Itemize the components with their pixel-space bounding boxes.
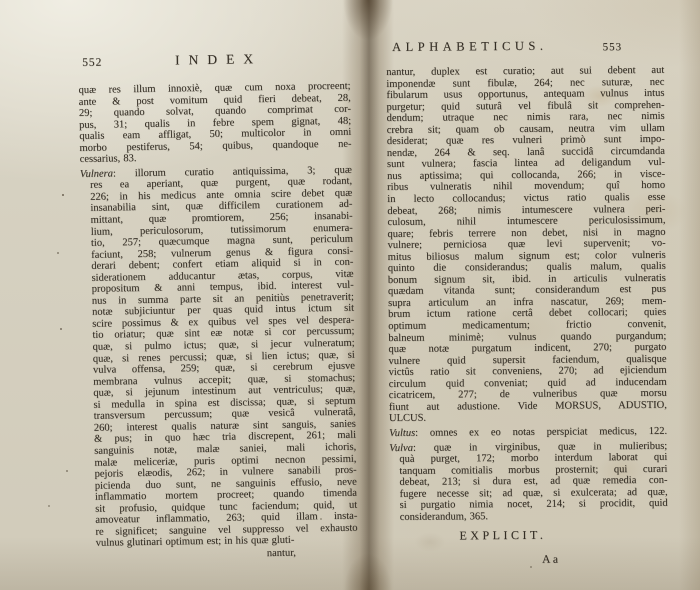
- entry-first-line: Vultus: omnes ex eo notas perspiciat med…: [389, 426, 667, 440]
- entry-first-line-text: : omnes ex eo notas perspiciat medicus, …: [415, 426, 667, 439]
- signature-mark: Aa: [390, 554, 668, 568]
- index-entry-vultus: Vultus: omnes ex eo notas perspiciat med…: [389, 426, 667, 440]
- text-line: ULCUS.: [389, 411, 667, 425]
- entry-headword: Vulva: [389, 442, 413, 453]
- entry-lines: res ea aperiant, quæ purgent, quæ rodant…: [80, 176, 358, 550]
- explicit-text: EXPLICIT.: [364, 529, 642, 543]
- entry-headword: Vultus: [389, 428, 415, 439]
- entry-lines: quà purget, 172; morbo interdum laborat …: [389, 452, 668, 523]
- left-running-title: INDEX: [78, 52, 350, 68]
- right-page-number: 553: [603, 42, 623, 54]
- text-line: considerandum, 365.: [390, 510, 668, 524]
- right-page: ALPHABETICUS. 553 nantur, duplex est cur…: [386, 38, 668, 568]
- right-running-title: ALPHABETICUS.: [392, 41, 547, 54]
- index-entry-vulva: Vulva: quæ in virginibus, quæ in mulieri…: [389, 440, 668, 523]
- index-entry-vulnera: Vulnera: illorum curatio antiquissima, 3…: [80, 165, 358, 550]
- right-page-header: ALPHABETICUS. 553: [386, 38, 664, 67]
- text-line: si purgatio nimia nocet, 214; si procidi…: [390, 498, 668, 512]
- left-page-header: 552 INDEX: [78, 50, 350, 85]
- book-spread-photo: 552 INDEX quæ res illum innoxiè, quæ cum…: [0, 0, 700, 590]
- index-continuation-paragraph: quæ res illum innoxiè, quæ cum noxa proc…: [78, 81, 351, 166]
- index-continuation-paragraph: nantur, duplex est curatio; aut sui debe…: [386, 65, 667, 425]
- left-page: 552 INDEX quæ res illum innoxiè, quæ cum…: [78, 50, 358, 563]
- entry-headword: Vulnera: [80, 168, 113, 180]
